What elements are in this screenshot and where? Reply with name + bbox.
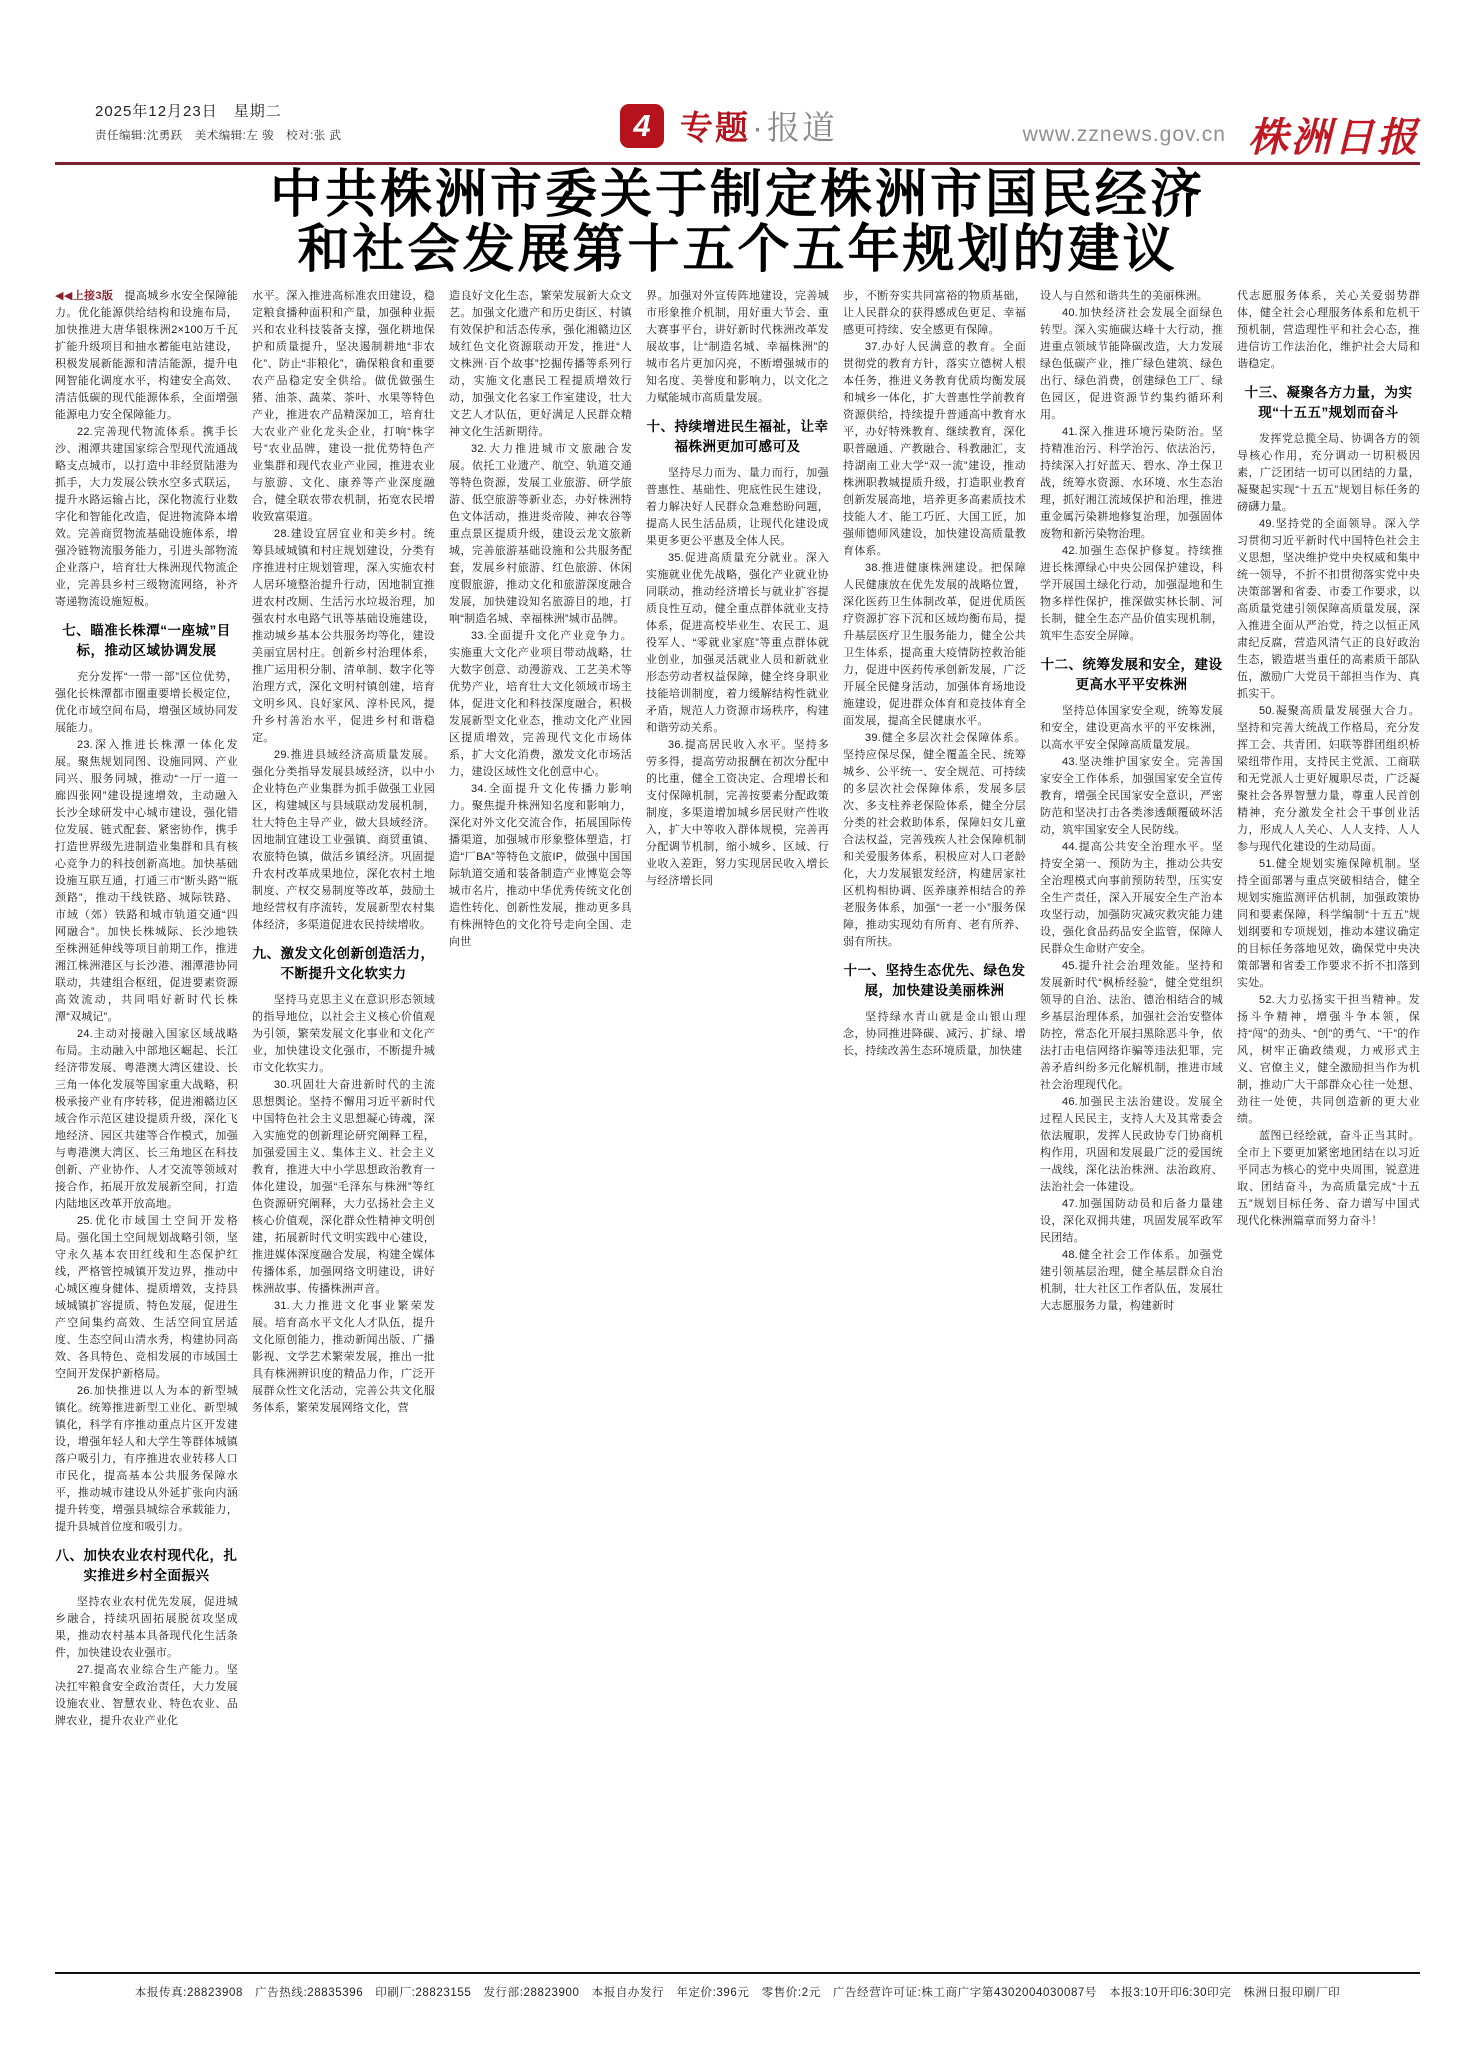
editors-text: 责任编辑:沈勇跃 美术编辑:左 骏 校对:张 武: [95, 127, 341, 143]
section-heading: 九、激发文化创新创造活力，不断提升文化软实力: [252, 944, 435, 984]
section-heading: 七、瞄准长株潭“一座城”目标，推动区域协调发展: [55, 621, 238, 661]
body-paragraph: 充分发挥“一带一部”区位优势，强化长株潭都市圈重要增长极定位，优化市域空间布局，…: [55, 669, 238, 737]
body-paragraph: 44.提高公共安全治理水平。坚持安全第一、预防为主，推动公共安全治理模式向事前预…: [1040, 839, 1223, 958]
body-paragraph: 造良好文化生态，繁荣发展新大众文艺。加强文化遗产和历史街区、村镇有效保护和活态传…: [449, 288, 632, 441]
body-paragraph: 23.深入推进长株潭一体化发展。聚焦规划同图、设施同网、产业同兴、服务同城，推动…: [55, 737, 238, 1026]
body-paragraph: 27.提高农业综合生产能力。坚决扛牢粮食安全政治责任，大力发展设施农业、智慧农业…: [55, 1662, 238, 1730]
body-paragraph: 28.建设宜居宜业和美乡村。统筹县域城镇和村庄规划建设，分类有序推进村庄规划管理…: [252, 526, 435, 747]
section-separator: ·: [752, 109, 765, 146]
body-paragraph: 坚持总体国家安全观，统筹发展和安全，建设更高水平的平安株洲，以高水平安全保障高质…: [1040, 703, 1223, 754]
body-paragraph: 47.加强国防动员和后备力量建设，深化双拥共建，巩固发展军政军民团结。: [1040, 1196, 1223, 1247]
masthead-title: 株洲日报: [1248, 106, 1420, 163]
text-column-6: 设人与自然和谐共生的美丽株洲。40.加快经济社会发展全面绿色转型。深入实施碳达峰…: [1040, 288, 1223, 1964]
body-paragraph: 38.推进健康株洲建设。把保障人民健康放在优先发展的战略位置，深化医药卫生体制改…: [843, 560, 1026, 730]
body-paragraph: 30.巩固壮大奋进新时代的主流思想舆论。坚持不懈用习近平新时代中国特色社会主义思…: [252, 1077, 435, 1298]
section-title: 专题·报道: [680, 102, 837, 149]
body-paragraph: 43.坚决维护国家安全。完善国家安全工作体系，加强国家安全宣传教育，增强全民国家…: [1040, 754, 1223, 839]
body-paragraph: ◀◀上接3版 提高城乡水安全保障能力。优化能源供给结构和设施布局，加快推进大唐华…: [55, 288, 238, 424]
body-paragraph: 22.完善现代物流体系。携手长沙、湘潭共建国家综合型现代流通战略支点城市，以打造…: [55, 424, 238, 611]
body-paragraph: 42.加强生态保护修复。持续推进长株潭绿心中央公园保护建设，科学开展国土绿化行动…: [1040, 543, 1223, 645]
body-paragraph: 界。加强对外宣传阵地建设，完善城市形象推介机制，用好重大节会、重大赛事平台，讲好…: [646, 288, 829, 407]
section-heading: 十二、统筹发展和安全，建设更高水平平安株洲: [1040, 655, 1223, 695]
date-text: 2025年12月23日 星期二: [95, 100, 341, 121]
body-paragraph: 31.大力推进文化事业繁荣发展。培育高水平文化人才队伍，提升文化原创能力，推动新…: [252, 1298, 435, 1417]
text-column-7: 代志愿服务体系，关心关爱弱势群体，健全社会心理服务体系和危机干预机制，营造理性平…: [1237, 288, 1420, 1964]
continued-from-marker: ◀◀上接3版: [55, 290, 113, 302]
body-paragraph: 25.优化市域国土空间开发格局。强化国土空间规划战略引领，坚守永久基本农田红线和…: [55, 1213, 238, 1383]
footer-info: 本报传真:28823908 广告热线:28835396 印刷厂:28823155…: [55, 1984, 1420, 2000]
text-column-4: 界。加强对外宣传阵地建设，完善城市形象推介机制，用好重大节会、重大赛事平台，讲好…: [646, 288, 829, 1964]
body-paragraph: 步，不断夯实共同富裕的物质基础，让人民群众的获得感成色更足、幸福感更可持续、安全…: [843, 288, 1026, 339]
section-heading: 十三、凝聚各方力量，为实现“十五五”规划而奋斗: [1237, 383, 1420, 423]
section-heading: 十、持续增进民生福祉，让幸福株洲更加可感可及: [646, 417, 829, 457]
body-paragraph: 46.加强民主法治建设。发展全过程人民民主，支持人大及其常委会依法履职，发挥人民…: [1040, 1094, 1223, 1196]
section-heading: 十一、坚持生态优先、绿色发展，加快建设美丽株洲: [843, 961, 1026, 1001]
body-paragraph: 51.健全规划实施保障机制。坚持全面部署与重点突破相结合，健全规划实施监测评估机…: [1237, 856, 1420, 992]
text-column-1: ◀◀上接3版 提高城乡水安全保障能力。优化能源供给结构和设施布局，加快推进大唐华…: [55, 288, 238, 1964]
body-paragraph: 39.健全多层次社会保障体系。坚持应保尽保，健全覆盖全民、统筹城乡、公平统一、安…: [843, 730, 1026, 951]
header-divider-rule: [55, 162, 1420, 165]
body-paragraph: 坚持农业农村优先发展，促进城乡融合，持续巩固拓展脱贫攻坚成果，推动农村基本具备现…: [55, 1594, 238, 1662]
body-paragraph: 45.提升社会治理效能。坚持和发展新时代“枫桥经验”，健全党组织领导的自治、法治…: [1040, 958, 1223, 1094]
headline-line1: 中共株洲市委关于制定株洲市国民经济: [270, 166, 1205, 224]
text-column-5: 步，不断夯实共同富裕的物质基础，让人民群众的获得感成色更足、幸福感更可持续、安全…: [843, 288, 1026, 1964]
main-headline: 中共株洲市委关于制定株洲市国民经济 和社会发展第十五个五年规划的建议: [55, 168, 1420, 280]
section-heading: 八、加快农业农村现代化，扎实推进乡村全面振兴: [55, 1546, 238, 1586]
body-paragraph: 40.加快经济社会发展全面绿色转型。深入实施碳达峰十大行动，推进重点领域节能降碳…: [1040, 305, 1223, 424]
body-paragraph: 26.加快推进以人为本的新型城镇化。统筹推进新型工业化、新型城镇化，科学有序推动…: [55, 1383, 238, 1536]
header-left: 2025年12月23日 星期二 责任编辑:沈勇跃 美术编辑:左 骏 校对:张 武: [95, 100, 341, 143]
body-paragraph: 41.深入推进环境污染防治。坚持精准治污、科学治污、依法治污，持续深入打好蓝天、…: [1040, 424, 1223, 543]
body-paragraph: 发挥党总揽全局、协调各方的领导核心作用，充分调动一切积极因素，广泛团结一切可以团…: [1237, 431, 1420, 516]
body-paragraph: 坚持尽力而为、量力而行，加强普惠性、基础性、兜底性民生建设，着力解决好人民群众急…: [646, 465, 829, 550]
body-paragraph: 水平。深入推进高标准农田建设，稳定粮食播种面积和产量，加强种业振兴和农业科技装备…: [252, 288, 435, 526]
body-paragraph: 50.凝聚高质量发展强大合力。坚持和完善大统战工作格局，充分发挥工会、共青团、妇…: [1237, 703, 1420, 856]
body-paragraph: 29.推进县域经济高质量发展。强化分类指导发展县域经济，以中小企业特色产业集群为…: [252, 747, 435, 934]
body-paragraph: 坚持绿水青山就是金山银山理念，协同推进降碳、减污、扩绿、增长，持续改善生态环境质…: [843, 1009, 1026, 1060]
body-paragraph: 坚持马克思主义在意识形态领域的指导地位，以社会主义核心价值观为引领，繁荣发展文化…: [252, 992, 435, 1077]
newspaper-page: 2025年12月23日 星期二 责任编辑:沈勇跃 美术编辑:左 骏 校对:张 武…: [0, 0, 1475, 2064]
body-paragraph: 48.健全社会工作体系。加强党建引领基层治理，健全基层群众自治机制，壮大社区工作…: [1040, 1247, 1223, 1315]
page-number-badge: 4: [620, 104, 664, 148]
headline-line2: 和社会发展第十五个五年规划的建议: [297, 221, 1177, 279]
website-url: www.zznews.gov.cn: [1023, 123, 1226, 147]
text-column-3: 造良好文化生态，繁荣发展新大众文艺。加强文化遗产和历史街区、村镇有效保护和活态传…: [449, 288, 632, 1964]
body-paragraph: 代志愿服务体系，关心关爱弱势群体，健全社会心理服务体系和危机干预机制，营造理性平…: [1237, 288, 1420, 373]
header-center: 4 专题·报道: [620, 102, 837, 149]
body-paragraph: 设人与自然和谐共生的美丽株洲。: [1040, 288, 1223, 305]
body-paragraph: 24.主动对接融入国家区域战略布局。主动融入中部地区崛起、长江经济带发展、粤港澳…: [55, 1026, 238, 1213]
section-name: 专题: [680, 109, 750, 146]
text-column-2: 水平。深入推进高标准农田建设，稳定粮食播种面积和产量，加强种业振兴和农业科技装备…: [252, 288, 435, 1964]
body-paragraph: 32.大力推进城市文旅融合发展。依托工业遗产、航空、轨道交通等特色资源，发展工业…: [449, 441, 632, 628]
body-columns: ◀◀上接3版 提高城乡水安全保障能力。优化能源供给结构和设施布局，加快推进大唐华…: [55, 288, 1420, 1964]
footer-divider-rule: [55, 1972, 1420, 1974]
body-paragraph: 34.全面提升文化传播力影响力。聚焦提升株洲知名度和影响力，深化对外文化交流合作…: [449, 781, 632, 951]
body-paragraph: 33.全面提升文化产业竞争力。实施重大文化产业项目带动战略，壮大数字创意、动漫游…: [449, 628, 632, 781]
body-paragraph: 蓝图已经绘就，奋斗正当其时。全市上下要更加紧密地团结在以习近平同志为核心的党中央…: [1237, 1128, 1420, 1230]
body-paragraph: 49.坚持党的全面领导。深入学习贯彻习近平新时代中国特色社会主义思想，坚决维护党…: [1237, 516, 1420, 703]
body-paragraph: 35.促进高质量充分就业。深入实施就业优先战略，强化产业就业协同联动，推动经济增…: [646, 550, 829, 737]
section-subname: 报道: [767, 109, 837, 146]
page-header: 2025年12月23日 星期二 责任编辑:沈勇跃 美术编辑:左 骏 校对:张 武…: [55, 96, 1420, 158]
body-paragraph: 37.办好人民满意的教育。全面贯彻党的教育方针，落实立德树人根本任务，推进义务教…: [843, 339, 1026, 560]
body-paragraph: 36.提高居民收入水平。坚持多劳多得，提高劳动报酬在初次分配中的比重，健全工资决…: [646, 737, 829, 890]
header-right: www.zznews.gov.cn 株洲日报: [1023, 106, 1420, 163]
body-paragraph: 52.大力弘扬实干担当精神。发扬斗争精神，增强斗争本领，保持“闯”的劲头、“创”…: [1237, 992, 1420, 1128]
